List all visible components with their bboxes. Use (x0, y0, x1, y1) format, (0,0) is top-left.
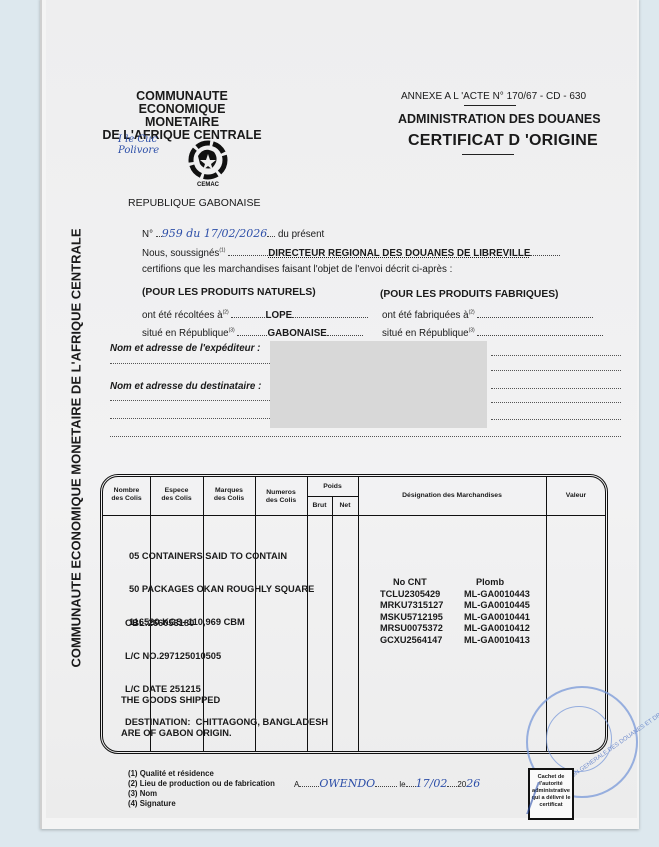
harvested-line: ont été récoltées à(2) LOPE (142, 307, 368, 321)
header-designation: Désignation des Marchandises (358, 492, 546, 500)
certificate-number-line: N° 959 du 17/02/2026 du présent (142, 226, 324, 240)
signature-icon (526, 782, 578, 814)
container-row: MRKU7315127ML-GA0010445 (380, 600, 530, 612)
header-poids: Poids (307, 483, 358, 491)
redacted-address-block (270, 341, 487, 428)
container-row: TCLU2305429ML-GA0010443 (380, 589, 530, 601)
document-title: CERTIFICAT D 'ORIGINE (408, 132, 598, 150)
header-marques: Marquesdes Colis (203, 487, 255, 503)
consignee-label: Nom et adresse du destinataire : (110, 381, 261, 392)
container-row: MSKU5712195ML-GA0010441 (380, 612, 530, 624)
harvested-value: LOPE (265, 310, 292, 321)
manufactured-line: ont été fabriquées à(2) (382, 307, 593, 321)
svg-text:CEMAC: CEMAC (197, 182, 220, 188)
manufactured-products-heading: (POUR LES PRODUITS FABRIQUES) (380, 289, 559, 300)
divider (464, 105, 516, 106)
signatory-line: Nous, soussignés(1) DIRECTEUR REGIONAL D… (142, 245, 560, 259)
republic-label: REPUBLIQUE GABONAISE (128, 197, 260, 209)
date-value: 17/02 (416, 777, 448, 790)
annex-reference: ANNEXE A L 'ACTE N° 170/67 - CD - 630 (401, 91, 586, 102)
container-list: No CNTPlomb TCLU2305429ML-GA0010443 MRKU… (380, 577, 530, 646)
signatory-value: DIRECTEUR REGIONAL DES DOUANES DE LIBREV… (268, 248, 530, 259)
scanned-certificate: COMMUNAUTE ECONOMIQUE MONETAIRE DE L'AFR… (46, 0, 637, 818)
header-nombre: Nombredes Colis (103, 487, 150, 503)
year-value: 26 (466, 777, 480, 790)
located-value: GABONAISE (267, 328, 326, 339)
cemac-emblem-icon: CEMAC (184, 138, 232, 188)
vertical-banner: COMMUNAUTE ECONOMIQUE MONETAIRE DE L'AFR… (69, 218, 84, 678)
container-row: GCXU2564147ML-GA0010413 (380, 635, 530, 647)
header-valeur: Valeur (546, 492, 606, 500)
container-list-header: No CNTPlomb (380, 577, 530, 589)
footnotes: (1) Qualité et résidence (2) Lieu de pro… (128, 769, 275, 809)
certify-text: certifions que les marchandises faisant … (142, 264, 452, 275)
place-date-line: AOWENDO le17/022026 (294, 776, 480, 790)
place-value: OWENDO (319, 777, 375, 790)
shipper-label: Nom et adresse de l'expéditeur : (110, 343, 260, 354)
container-row: MRSU0075372ML-GA0010412 (380, 623, 530, 635)
authority-seal-box: Cachet de l'autorité administrative qui … (528, 768, 574, 820)
document-page: COMMUNAUTE ECONOMIQUE MONETAIRE DE L'AFR… (40, 0, 639, 829)
customs-stamp-inner-icon (546, 706, 612, 772)
header-brut: Brut (307, 502, 332, 510)
natural-products-heading: (POUR LES PRODUITS NATURELS) (142, 287, 316, 298)
divider (462, 154, 514, 155)
goods-table: Nombredes Colis Especedes Colis Marquesd… (100, 474, 608, 754)
handwritten-note: I le Cuc Polivore (118, 134, 159, 156)
header-numeros: Numerosdes Colis (255, 489, 307, 505)
certificate-number: 959 du 17/02/2026 (162, 227, 268, 240)
located-line: situé en République(3) GABONAISE (142, 325, 363, 339)
origin-statement: THE GOODS SHIPPED ARE OF GABON ORIGIN. (121, 673, 232, 761)
header-espece: Especedes Colis (150, 487, 203, 503)
header-net: Net (332, 502, 358, 510)
located2-line: situé en République(3) (382, 325, 603, 339)
administration-title: ADMINISTRATION DES DOUANES (398, 112, 601, 126)
